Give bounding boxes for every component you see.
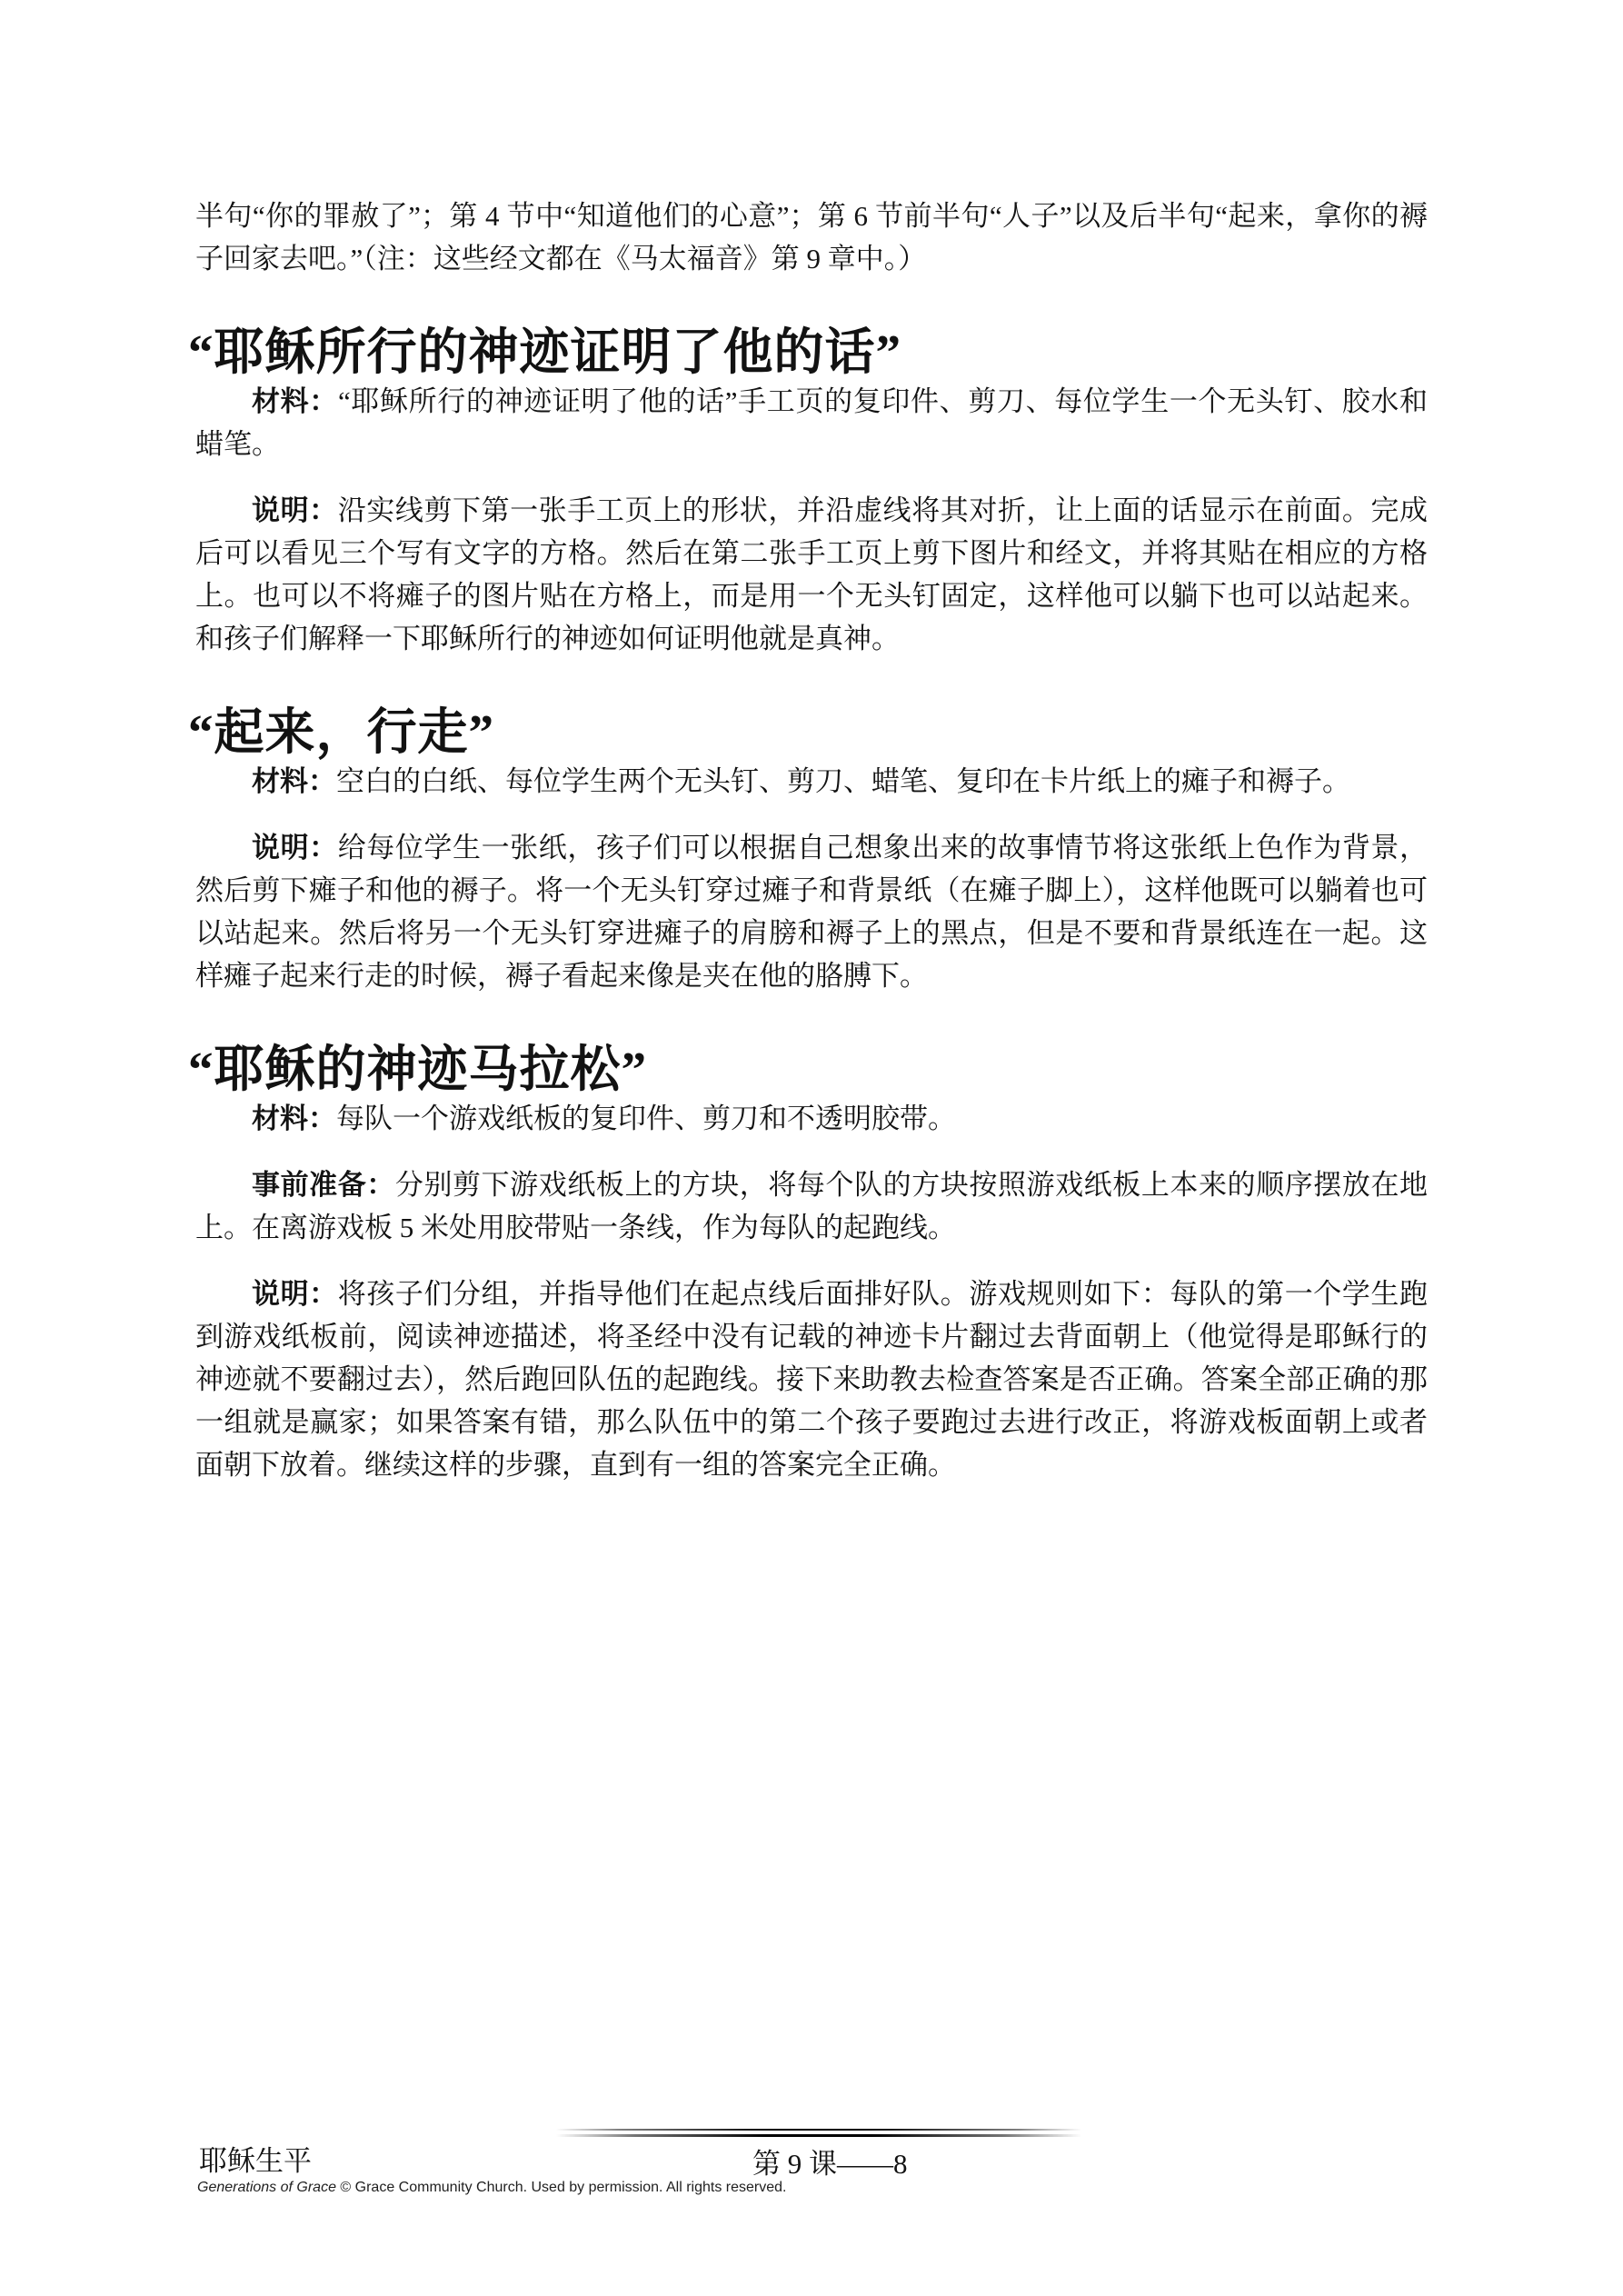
- footer-divider-thin-line: [556, 2129, 1081, 2131]
- section-heading: “起来，行走”: [188, 705, 1428, 760]
- footer-copyright: Generations of Grace © Grace Community C…: [197, 2180, 786, 2196]
- materials-label: 材料：: [252, 385, 338, 417]
- instructions-paragraph: 说明：沿实线剪下第一张手工页上的形状，并沿虚线将其对折，让上面的话显示在前面。完…: [195, 489, 1428, 660]
- copyright-series-name: Generations of Grace: [197, 2180, 336, 2195]
- continuation-paragraph: 半句“你的罪赦了”；第 4 节中“知道他们的心意”；第 6 节前半句“人子”以及…: [195, 195, 1428, 280]
- instructions-label: 说明：: [252, 1278, 338, 1310]
- instructions-text: 沿实线剪下第一张手工页上的形状，并沿虚线将其对折，让上面的话显示在前面。完成后可…: [195, 494, 1428, 654]
- instructions-label: 说明：: [252, 494, 338, 526]
- materials-paragraph: 材料：空白的白纸、每位学生两个无头钉、剪刀、蜡笔、复印在卡片纸上的瘫子和褥子。: [195, 760, 1428, 803]
- page-content: 半句“你的罪赦了”；第 4 节中“知道他们的心意”；第 6 节前半句“人子”以及…: [195, 195, 1428, 1486]
- footer-divider: [556, 2129, 1081, 2137]
- materials-label: 材料：: [252, 765, 336, 797]
- instructions-text: 将孩子们分组，并指导他们在起点线后面排好队。游戏规则如下：每队的第一个学生跑到游…: [195, 1278, 1428, 1481]
- preparation-label: 事前准备：: [252, 1169, 395, 1201]
- footer-divider-thick-line: [556, 2134, 1081, 2137]
- preparation-paragraph: 事前准备：分别剪下游戏纸板上的方块，将每个队的方块按照游戏纸板上本来的顺序摆放在…: [195, 1163, 1428, 1249]
- materials-text: 每队一个游戏纸板的复印件、剪刀和不透明胶带。: [336, 1103, 956, 1134]
- materials-text: 空白的白纸、每位学生两个无头钉、剪刀、蜡笔、复印在卡片纸上的瘫子和褥子。: [336, 765, 1350, 797]
- materials-text: “耶稣所行的神迹证明了他的话”手工页的复印件、剪刀、每位学生一个无头钉、胶水和蜡…: [195, 385, 1428, 460]
- footer-book-title: 耶稣生平: [199, 2138, 312, 2179]
- footer-page-number: 第 9 课——8: [752, 2141, 908, 2181]
- materials-paragraph: 材料：每队一个游戏纸板的复印件、剪刀和不透明胶带。: [195, 1097, 1428, 1140]
- section-heading: “耶稣所行的神迹证明了他的话”: [188, 325, 1428, 380]
- instructions-paragraph: 说明：将孩子们分组，并指导他们在起点线后面排好队。游戏规则如下：每队的第一个学生…: [195, 1273, 1428, 1486]
- instructions-label: 说明：: [252, 832, 338, 863]
- copyright-text: © Grace Community Church. Used by permis…: [336, 2180, 787, 2195]
- instructions-text: 给每位学生一张纸，孩子们可以根据自己想象出来的故事情节将这张纸上色作为背景，然后…: [195, 832, 1428, 992]
- instructions-paragraph: 说明：给每位学生一张纸，孩子们可以根据自己想象出来的故事情节将这张纸上色作为背景…: [195, 826, 1428, 997]
- section-rise-and-walk: “起来，行走” 材料：空白的白纸、每位学生两个无头钉、剪刀、蜡笔、复印在卡片纸上…: [195, 705, 1428, 997]
- materials-label: 材料：: [252, 1103, 336, 1134]
- section-heading: “耶稣的神迹马拉松”: [188, 1043, 1428, 1097]
- materials-paragraph: 材料：“耶稣所行的神迹证明了他的话”手工页的复印件、剪刀、每位学生一个无头钉、胶…: [195, 380, 1428, 465]
- section-jesus-miracles-prove-his-words: “耶稣所行的神迹证明了他的话” 材料：“耶稣所行的神迹证明了他的话”手工页的复印…: [195, 325, 1428, 660]
- section-jesus-miracle-marathon: “耶稣的神迹马拉松” 材料：每队一个游戏纸板的复印件、剪刀和不透明胶带。 事前准…: [195, 1043, 1428, 1486]
